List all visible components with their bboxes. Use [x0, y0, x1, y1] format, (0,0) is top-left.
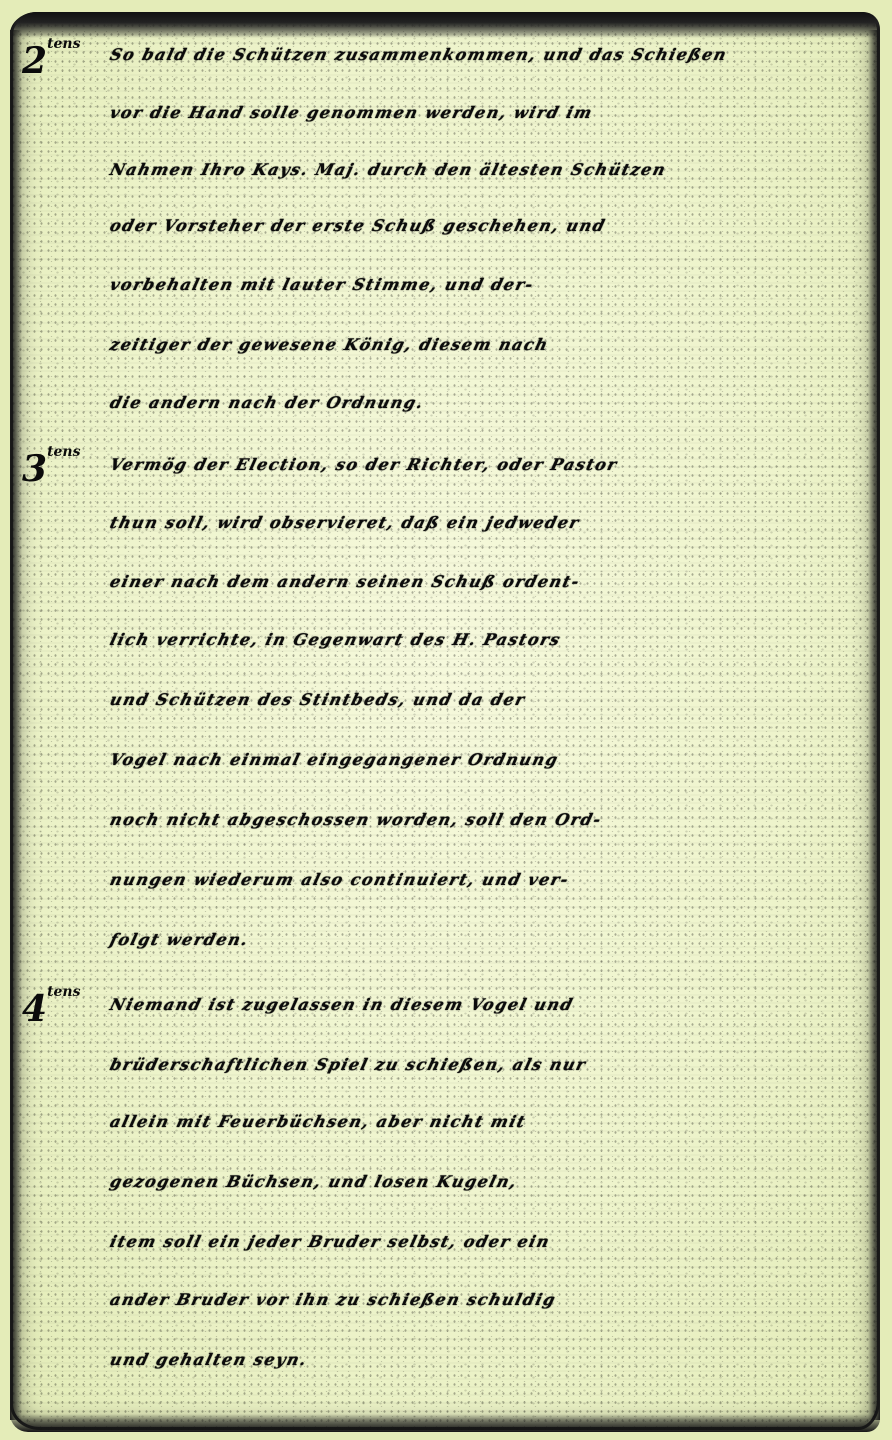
manuscript-line: oder Vorsteher der erste Schuß geschehen…	[108, 216, 883, 235]
article-marker-2: 2tens	[22, 40, 112, 82]
article-number: 2	[22, 40, 47, 82]
manuscript-line: zeitiger der gewesene König, diesem nach	[108, 335, 883, 354]
manuscript-line: einer nach dem andern seinen Schuß orden…	[108, 572, 883, 591]
manuscript-line: brüderschaftlichen Spiel zu schießen, al…	[108, 1055, 883, 1074]
manuscript-line: thun soll, wird observieret, daß ein jed…	[108, 513, 883, 532]
article-suffix: tens	[47, 36, 80, 52]
article-marker-3: 3tens	[22, 448, 112, 490]
manuscript-line: folgt werden.	[108, 930, 883, 949]
manuscript-line: lich verrichte, in Gegenwart des H. Past…	[108, 630, 883, 649]
manuscript-line: item soll ein jeder Bruder selbst, oder …	[108, 1232, 883, 1251]
article-marker-4: 4tens	[22, 988, 112, 1030]
article-number: 4	[22, 988, 47, 1030]
manuscript-line: die andern nach der Ordnung.	[108, 393, 883, 412]
manuscript-line: ander Bruder vor ihn zu schießen schuldi…	[108, 1290, 883, 1309]
manuscript-text: 2tens So bald die Schützen zusammenkomme…	[0, 0, 892, 1440]
manuscript-line: und gehalten seyn.	[108, 1350, 883, 1369]
manuscript-line: Vermög der Election, so der Richter, ode…	[108, 455, 883, 474]
manuscript-line: gezogenen Büchsen, und losen Kugeln,	[108, 1172, 883, 1191]
manuscript-line: Niemand ist zugelassen in diesem Vogel u…	[108, 995, 883, 1014]
article-number: 3	[22, 448, 47, 490]
manuscript-line: noch nicht abgeschossen worden, soll den…	[108, 810, 883, 829]
article-suffix: tens	[47, 444, 80, 460]
manuscript-line: vorbehalten mit lauter Stimme, und der-	[108, 275, 883, 294]
manuscript-line: nungen wiederum also continuiert, und ve…	[108, 870, 883, 889]
manuscript-line: Vogel nach einmal eingegangener Ordnung	[108, 750, 883, 769]
manuscript-line: Nahmen Ihro Kays. Maj. durch den älteste…	[108, 160, 883, 179]
manuscript-line: So bald die Schützen zusammenkommen, und…	[108, 45, 883, 64]
article-suffix: tens	[47, 984, 80, 1000]
manuscript-line: allein mit Feuerbüchsen, aber nicht mit	[108, 1112, 883, 1131]
manuscript-line: vor die Hand solle genommen werden, wird…	[108, 103, 883, 122]
manuscript-line: und Schützen des Stintbeds, und da der	[108, 690, 883, 709]
